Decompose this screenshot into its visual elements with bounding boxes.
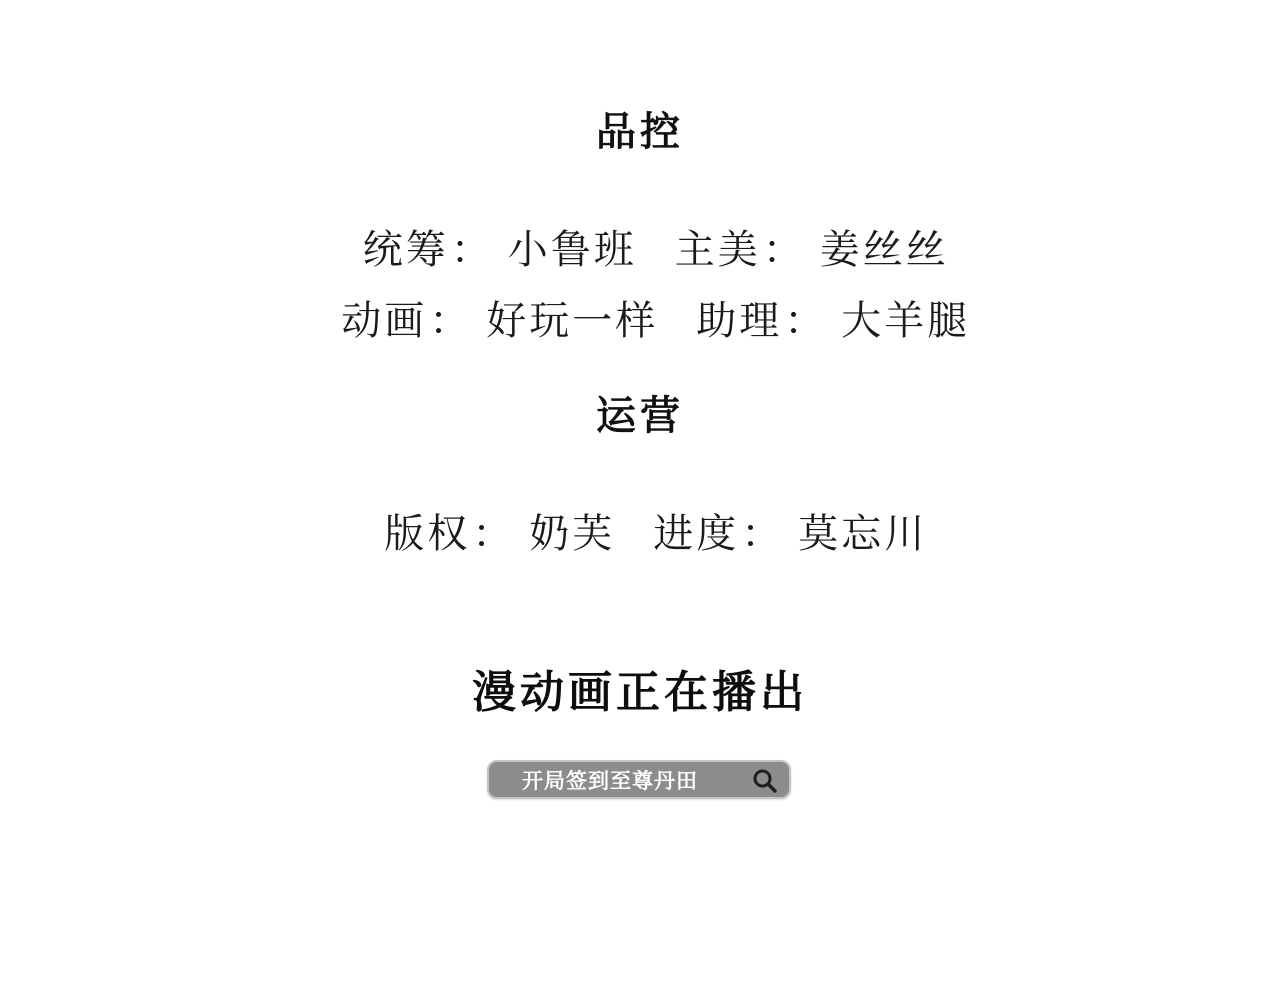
credit-line: 动画：好玩一样助理：大羊腿 <box>0 243 1280 346</box>
credit-pair: 动画：好玩一样 <box>341 289 658 346</box>
credit-pair: 进度：莫忘川 <box>653 502 927 559</box>
now-airing-banner: 漫动画正在播出 <box>0 656 1280 720</box>
credit-role: 动画 <box>341 298 427 344</box>
credit-name: 莫忘川 <box>798 511 927 557</box>
search-bar[interactable]: 开局签到至尊丹田 <box>487 760 791 799</box>
credit-colon: ： <box>472 502 515 559</box>
credit-pair: 助理：大羊腿 <box>696 289 970 346</box>
credit-role: 进度 <box>653 511 739 557</box>
credit-name: 好玩一样 <box>486 298 658 344</box>
search-icon[interactable] <box>751 767 779 795</box>
credit-line: 版权：奶芙进度：莫忘川 <box>0 456 1280 559</box>
credit-role: 版权 <box>384 511 470 557</box>
credit-colon: ： <box>429 289 472 346</box>
credit-name: 奶芙 <box>529 511 615 557</box>
clipped-top-text-line <box>418 0 888 6</box>
credit-name: 大羊腿 <box>841 298 970 344</box>
credit-colon: ： <box>741 502 784 559</box>
credit-colon: ： <box>784 289 827 346</box>
credit-role: 助理 <box>696 298 782 344</box>
section-title-operations: 运营 <box>0 384 1280 441</box>
section-title-quality-control: 品控 <box>0 100 1280 157</box>
search-query-text[interactable]: 开局签到至尊丹田 <box>522 765 698 795</box>
credit-pair: 版权：奶芙 <box>384 502 615 559</box>
